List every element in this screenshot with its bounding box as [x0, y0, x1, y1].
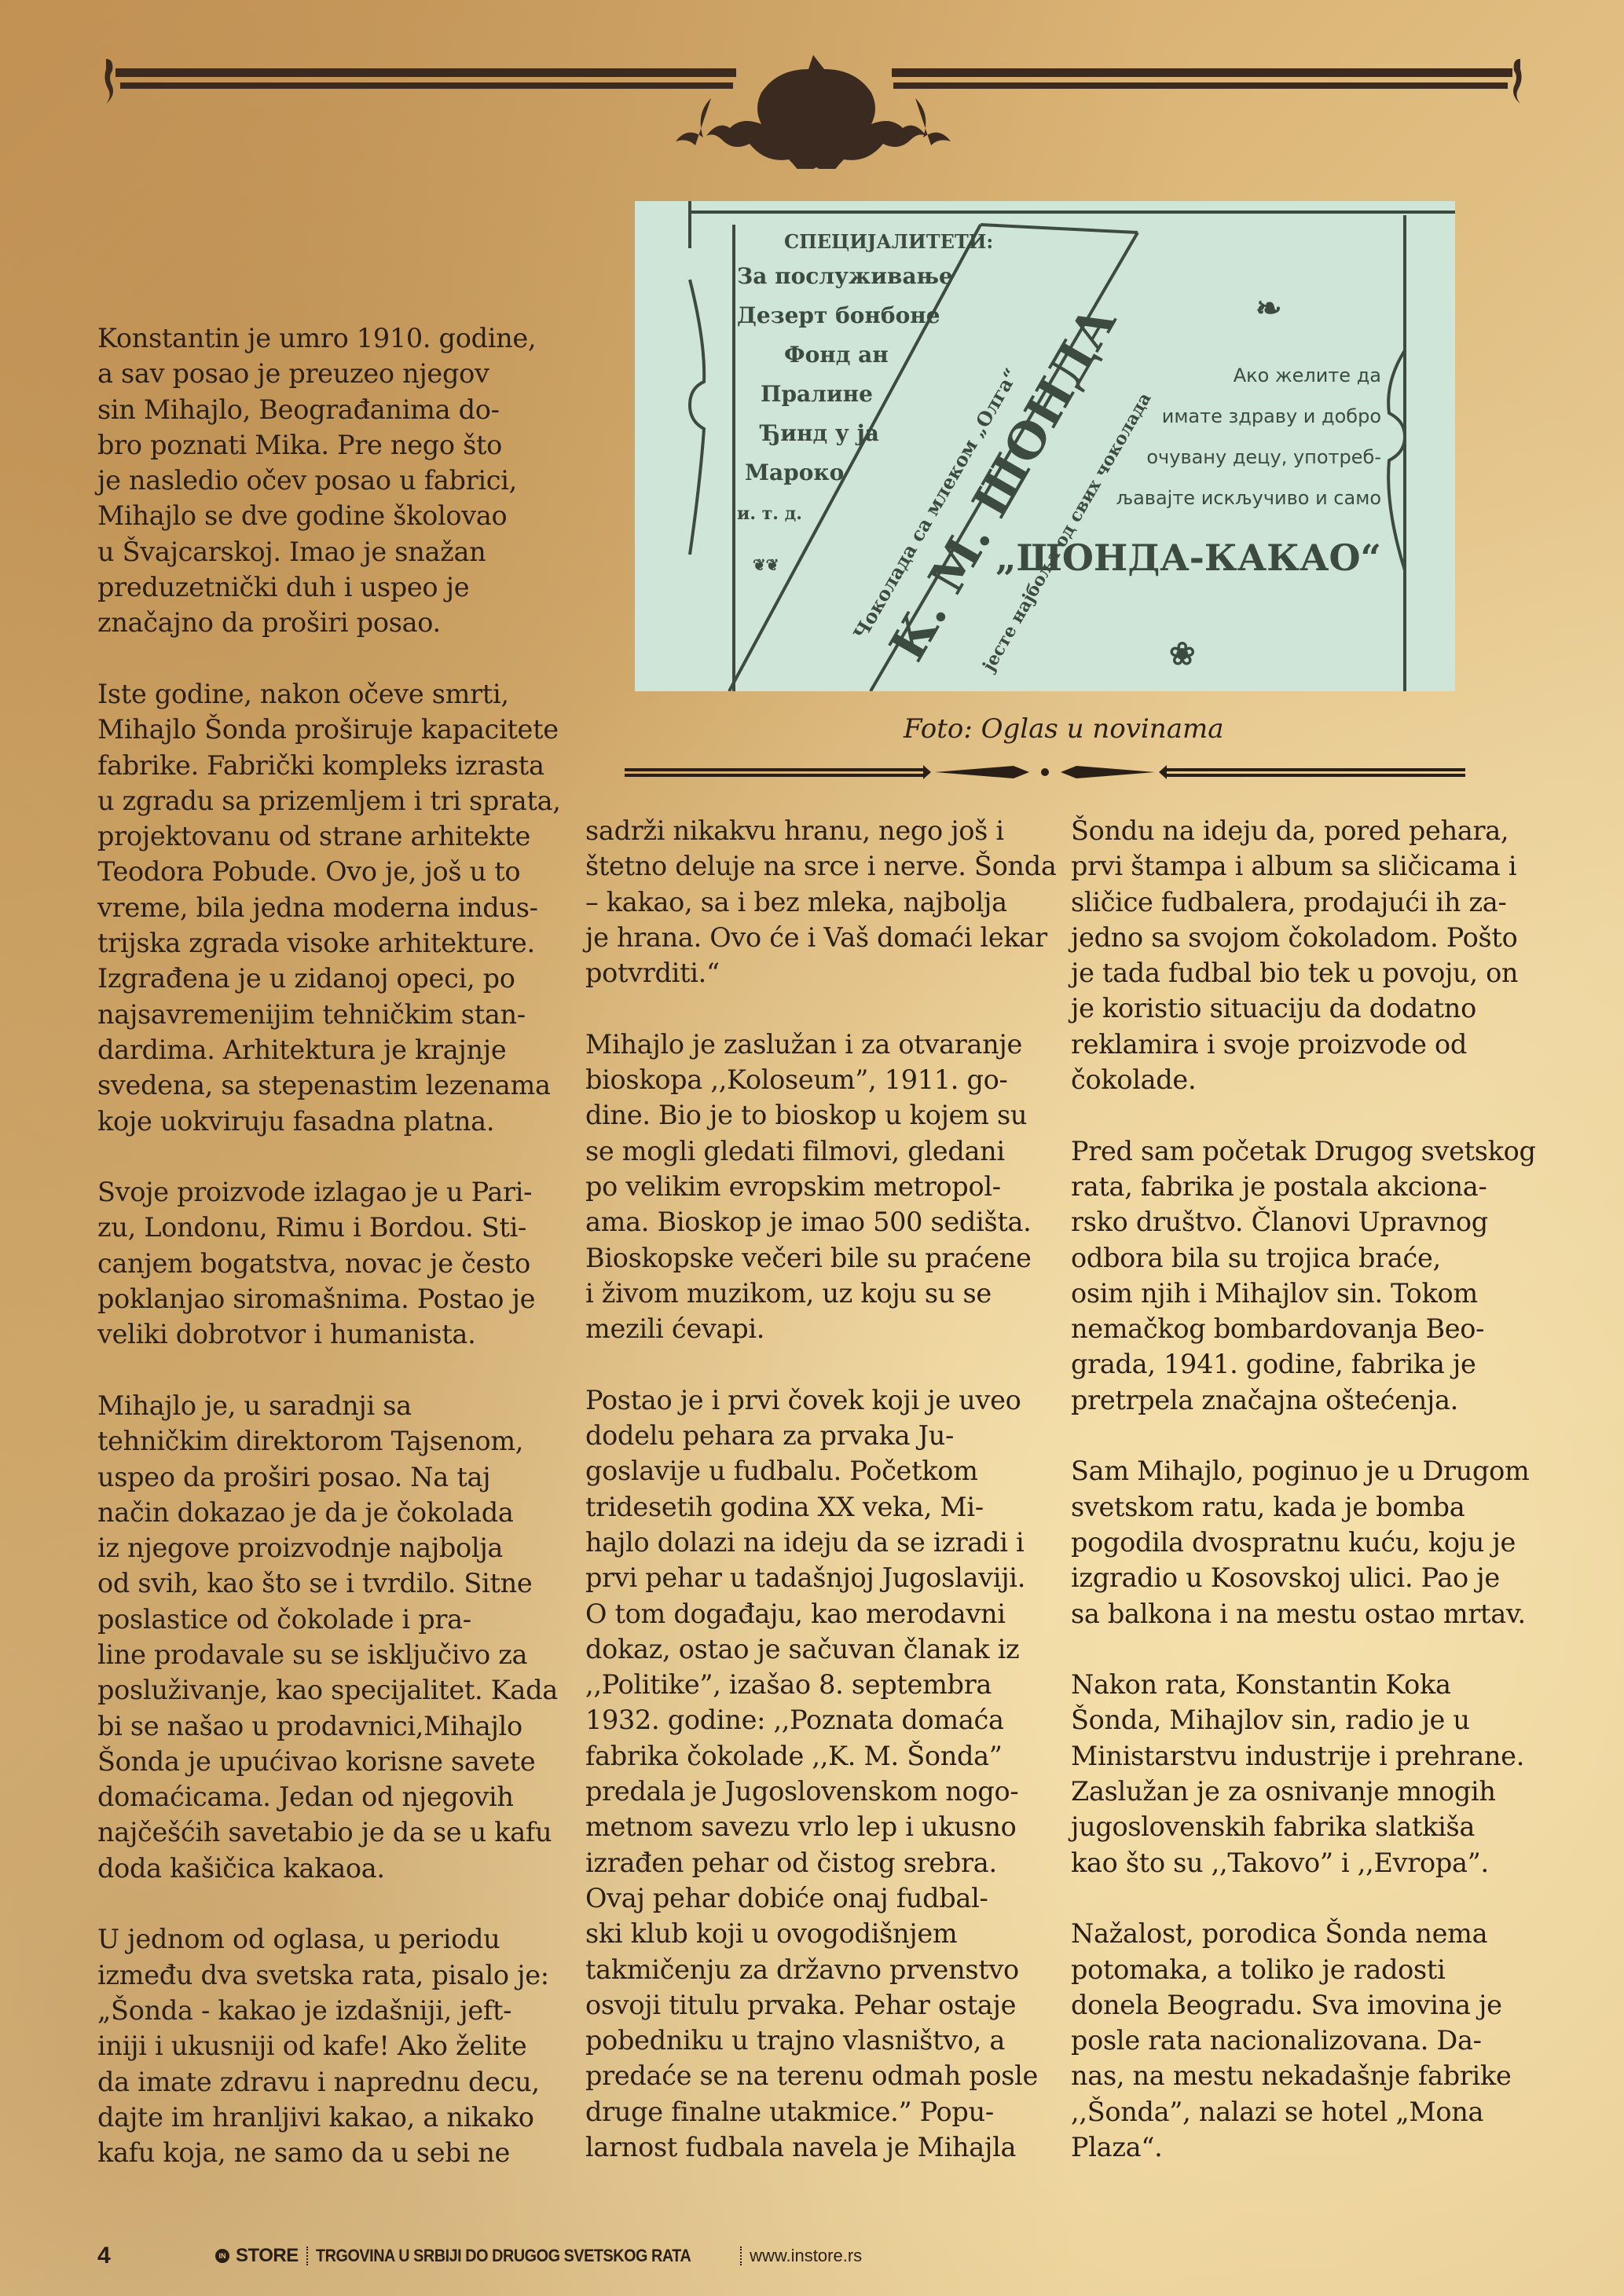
magazine-brand: STORE — [236, 2245, 299, 2267]
ad-specialty-item: Ђинд у ја — [759, 420, 879, 446]
article-paragraph: Nažalost, porodica Šonda nema potomaka, … — [1071, 1916, 1558, 2165]
ad-specialties-title: СПЕЦИЈАЛИТЕТИ: — [784, 230, 993, 253]
article-paragraph: Sam Mihajlo, poginuo je u Drugom svetsko… — [1071, 1453, 1558, 1631]
ad-specialty-item: Пралине — [761, 381, 873, 407]
vintage-newspaper-ad-image: СПЕЦИЈАЛИТЕТИ: За послуживање Дезерт бон… — [635, 201, 1455, 691]
ad-specialty-item: Мароко — [745, 460, 844, 485]
article-paragraph: Konstantin je umro 1910. godine, a sav p… — [97, 320, 569, 641]
article-column-middle: sadrži nikakvu hranu, nego još i štetno … — [585, 813, 1057, 2201]
article-paragraph: Pred sam početak Drugog svetskog rata, f… — [1071, 1133, 1558, 1418]
article-paragraph: Šondu na ideju da, pored pehara, prvi št… — [1071, 813, 1558, 1097]
article-paragraph: Mihajlo je, u saradnji sa tehničkim dire… — [97, 1388, 569, 1886]
article-paragraph: Postao je i prvi čovek koji je uveo dode… — [585, 1382, 1057, 2166]
instore-logo-icon: IN — [215, 2249, 229, 2263]
ad-specialty-item: Дезерт бонбоне — [737, 302, 940, 328]
ad-pitch-line: очувану децу, употреб- — [1146, 446, 1381, 468]
ad-bottom-ornament-icon: ❀ — [1169, 635, 1196, 672]
footer-separator — [740, 2247, 742, 2265]
magazine-section-title: TRGOVINA U SRBIJI DO DRUGOG SVETSKOG RAT… — [316, 2246, 691, 2266]
ornamental-flourish-divider-icon — [98, 51, 1528, 169]
article-paragraph: Nakon rata, Konstantin Koka Šonda, Mihaj… — [1071, 1667, 1558, 1880]
website-link[interactable]: www.instore.rs — [750, 2246, 862, 2266]
article-paragraph: Iste godine, nakon očeve smrti, Mihajlo … — [97, 676, 569, 1139]
ad-pitch-line: Ако желите да — [1234, 364, 1381, 386]
article-paragraph: U jednom od oglasa, u periodu između dva… — [97, 1921, 569, 2170]
article-column-right: Šondu na ideju da, pored pehara, prvi št… — [1071, 813, 1558, 2201]
ornamental-line-divider-icon — [625, 760, 1465, 784]
ad-pitch-line: имате здраву и добро — [1162, 405, 1381, 427]
footer-separator — [306, 2247, 308, 2265]
article-column-left: Konstantin je umro 1910. godine, a sav p… — [97, 320, 569, 2206]
ad-leaf-ornament-icon: ❧ — [1256, 290, 1282, 327]
ad-product-name: „ШОНДА-КАКАО“ — [995, 536, 1381, 579]
article-paragraph: Mihajlo je zaslužan i za otvaranje biosk… — [585, 1027, 1057, 1347]
ad-specialty-item: Фонд ан — [784, 342, 889, 368]
ad-pitch-line: љавајте искључиво и само — [1116, 487, 1381, 509]
article-paragraph: sadrži nikakvu hranu, nego još i štetno … — [585, 813, 1057, 991]
page-number: 4 — [97, 2243, 215, 2269]
image-caption: Foto: Oglas u novinama — [904, 713, 1223, 745]
ad-ornament-icon: ❦❦ — [753, 555, 779, 574]
page-footer: 4 IN STORE TRGOVINA U SRBIJI DO DRUGOG S… — [97, 2240, 862, 2272]
article-paragraph: Svoje proizvode izlagao je u Pari- zu, L… — [97, 1174, 569, 1352]
ad-specialty-item: и. т. д. — [737, 504, 802, 524]
ad-specialty-item: За послуживање — [737, 263, 953, 289]
